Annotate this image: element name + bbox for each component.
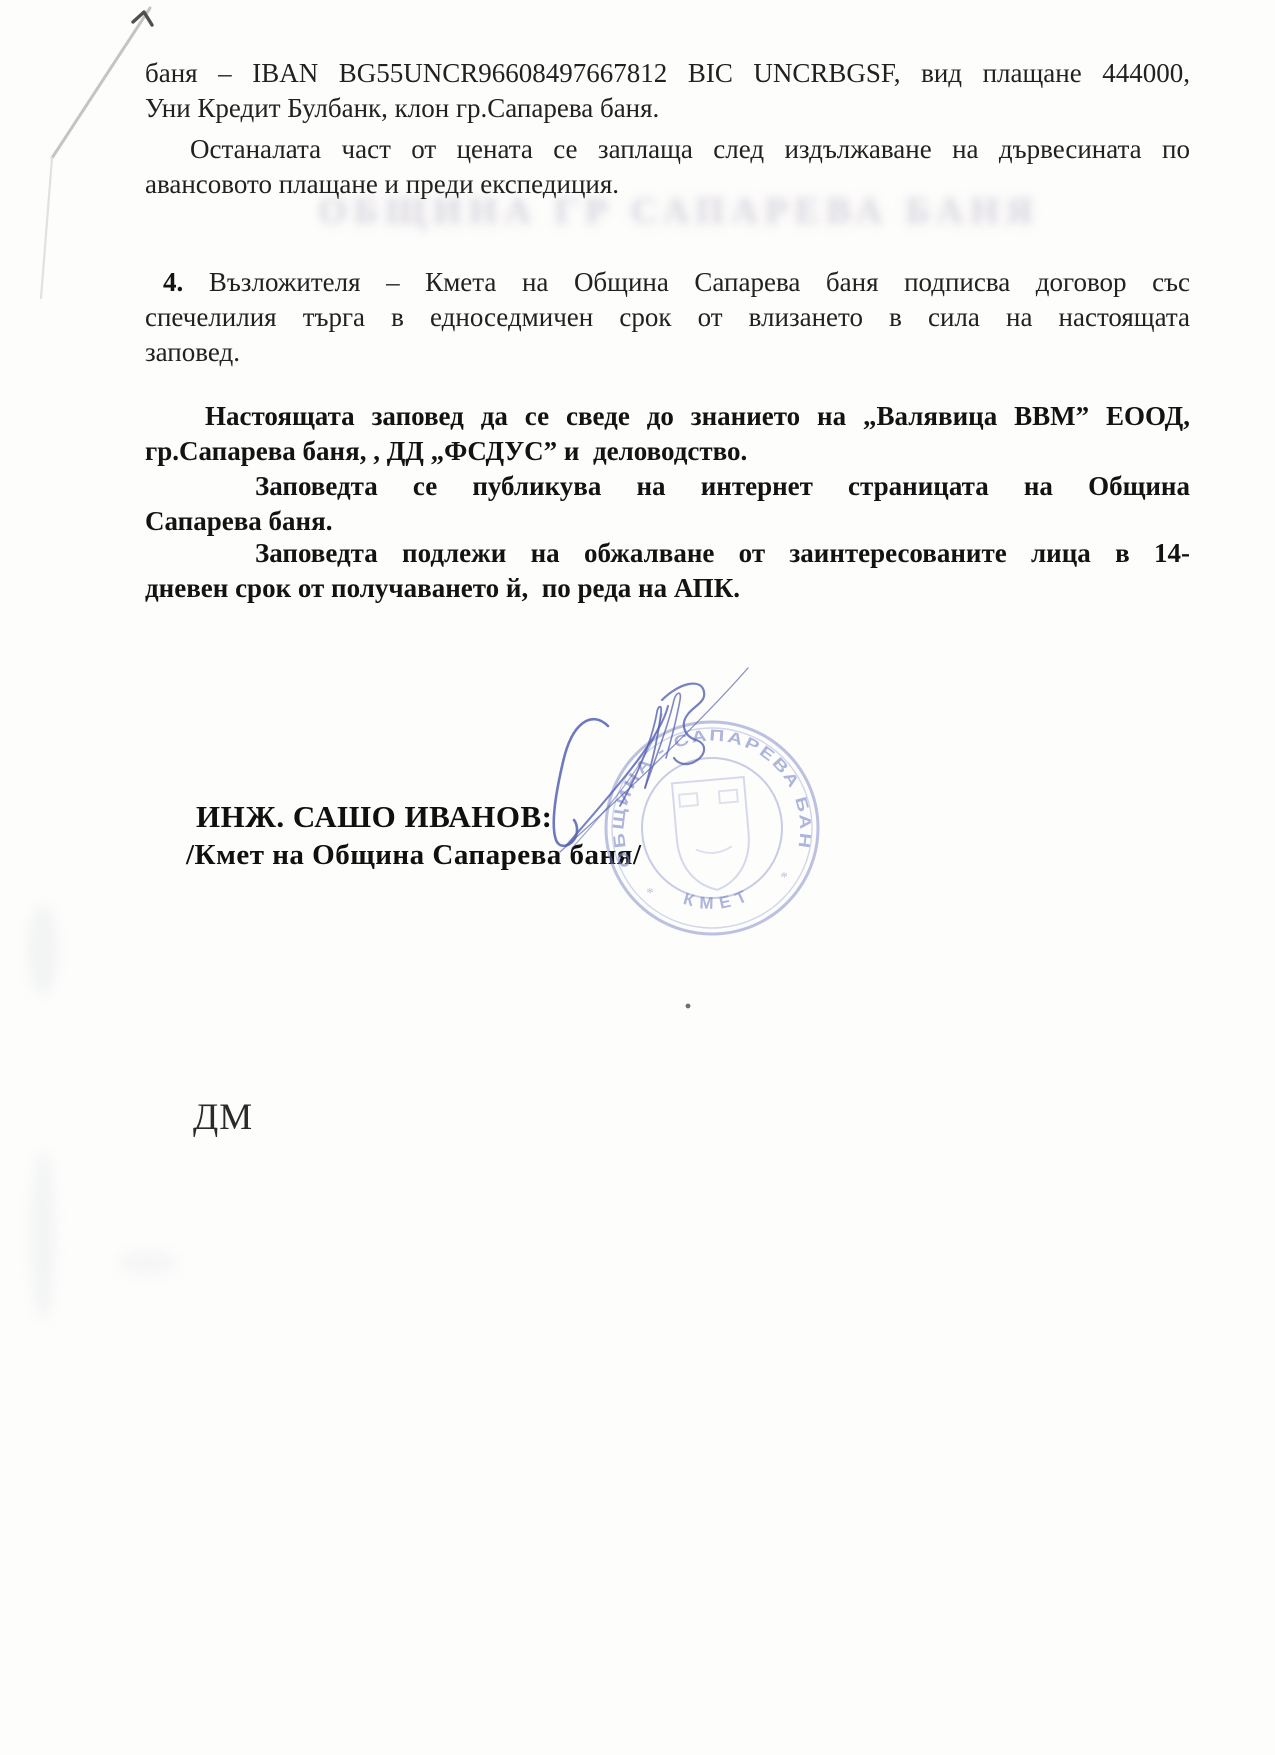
handwritten-signature	[554, 668, 748, 852]
scan-smudge	[28, 905, 58, 995]
text-line: Уни Кредит Булбанк, клон гр.Сапарева бан…	[145, 91, 1190, 126]
scan-fold-line	[41, 8, 152, 298]
seal-star-right: *	[780, 870, 789, 887]
scan-smudge	[118, 1250, 178, 1276]
seal-star-left: *	[646, 885, 655, 902]
text-line: Настоящата заповед да се сведе до знание…	[145, 399, 1190, 434]
ink-dot	[686, 1004, 691, 1009]
scanned-document-page: ОБЩИНА ГР САПАРЕВА БАНЯ баня – IBAN BG55…	[0, 0, 1275, 1755]
overlay-graphics: ОБЩИНА - САПАРЕВА БАНЯ КМЕТ * *	[0, 0, 1275, 1755]
seal-shield-emblem	[672, 777, 753, 893]
text-line: 4. Възложителя – Кмета на Община Сапарев…	[145, 265, 1190, 300]
text-line: баня – IBAN BG55UNCR96608497667812 BIC U…	[145, 56, 1190, 91]
clerk-initials: ДМ	[193, 1096, 253, 1139]
text-line: гр.Сапарева баня, , ДД „ФСДУС” и деловод…	[145, 434, 1190, 469]
text-line: авансовото плащане и преди експедиция.	[145, 167, 1190, 202]
text-line: Заповедта се публикува на интернет стран…	[145, 469, 1190, 504]
text-line: заповед.	[145, 335, 1190, 370]
paragraph-item-4: 4. Възложителя – Кмета на Община Сапарев…	[145, 265, 1190, 370]
text-line: Сапарева баня.	[145, 504, 1190, 539]
paragraph-appeal: Заповедта подлежи на обжалване от заинте…	[145, 536, 1190, 606]
text-line: спечелилия търга в едноседмичен срок от …	[145, 300, 1190, 335]
item-number: 4.	[163, 267, 183, 297]
signatory-name: ИНЖ. САШО ИВАНОВ:	[196, 799, 552, 835]
text-line: Заповедта подлежи на обжалване от заинте…	[145, 536, 1190, 571]
signatory-title: /Кмет на Община Сапарева баня/	[186, 839, 642, 872]
text-line: дневен срок от получаването й, по реда н…	[145, 571, 1190, 606]
text-line: Останалата част от цената се заплаща сле…	[145, 132, 1190, 167]
paragraph-notification: Настоящата заповед да се сведе до знание…	[145, 399, 1190, 469]
scan-smudge	[30, 1150, 56, 1320]
item-text: Възложителя – Кмета на Община Сапарева б…	[209, 267, 1190, 297]
paragraph-payment-details: баня – IBAN BG55UNCR96608497667812 BIC U…	[145, 56, 1190, 126]
paragraph-remainder-payment: Останалата част от цената се заплаща сле…	[145, 132, 1190, 202]
seal-bottom-text: КМЕТ	[680, 883, 757, 916]
paragraph-publication: Заповедта се публикува на интернет стран…	[145, 469, 1190, 539]
